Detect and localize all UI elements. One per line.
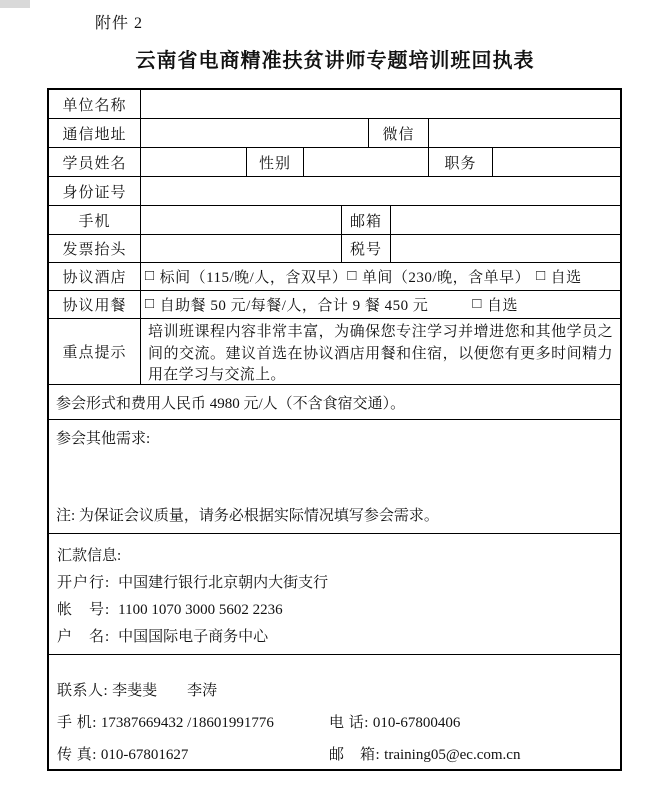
wechat-field[interactable] xyxy=(429,119,620,147)
id-number-label: 身份证号 xyxy=(49,177,141,205)
contact-fax: 传 真:010-67801627 xyxy=(57,739,329,771)
table-row: 协议酒店 □ 标间（115/晚/人，含双早） □ 单间（230/晚，含单早） □… xyxy=(49,263,620,291)
email-field[interactable] xyxy=(391,206,620,234)
meal-self-option: □ 自选 xyxy=(472,294,518,315)
holder-label: 户 名: xyxy=(57,629,110,645)
other-needs-note: 注: 为保证会议质量，请务必根据实际情况填写参会需求。 xyxy=(56,504,613,525)
student-name-label: 学员姓名 xyxy=(49,148,141,176)
payment-info-section: 汇款信息: 开户行:中国建行银行北京朝内大街支行 帐 号:1100 1070 3… xyxy=(49,534,620,654)
contact-phone: 电 话:010-67800406 xyxy=(329,707,612,739)
standard-room-option-text: 标间（115/晚/人，含双早） xyxy=(160,266,348,287)
hotel-self-option: □ 自选 xyxy=(536,266,582,287)
meal-label: 协议用餐 xyxy=(49,291,141,318)
standard-room-checkbox[interactable]: □ xyxy=(145,268,155,285)
bank-label: 开户行: xyxy=(57,575,110,591)
invoice-title-field[interactable] xyxy=(141,235,342,262)
meal-self-option-text: 自选 xyxy=(487,294,518,315)
form-title: 云南省电商精准扶贫讲师专题培训班回执表 xyxy=(0,44,670,73)
single-room-option-text: 单间（230/晚，含单早） xyxy=(362,266,530,287)
hotel-standard-option: □ 标间（115/晚/人，含双早） xyxy=(145,266,347,287)
contact-person-value: 李斐斐 李涛 xyxy=(112,675,217,707)
wechat-label: 微信 xyxy=(369,119,429,147)
payment-info-title: 汇款信息: xyxy=(57,543,612,570)
table-row: 参会形式和费用人民币 4980 元/人（不含食宿交通）。 xyxy=(49,385,620,420)
payment-bank-line: 开户行:中国建行银行北京朝内大街支行 xyxy=(57,570,612,597)
hotel-self-checkbox[interactable]: □ xyxy=(536,268,546,285)
contact-person-line: 联系人:李斐斐 李涛 xyxy=(57,675,612,707)
registration-form-table: 单位名称 通信地址 微信 学员姓名 性别 职务 身份证号 手机 xyxy=(47,88,622,771)
unit-name-label: 单位名称 xyxy=(49,90,141,118)
hotel-single-option: □ 单间（230/晚，含单早） xyxy=(347,266,530,287)
contact-fax-value: 010-67801627 xyxy=(101,747,189,763)
contact-mobile-value: 17387669432 /18601991776 xyxy=(101,715,274,731)
table-row: 单位名称 xyxy=(49,90,620,119)
contact-email-value: training05@ec.com.cn xyxy=(384,747,520,763)
invoice-title-label: 发票抬头 xyxy=(49,235,141,262)
contact-email-label: 邮 箱: xyxy=(329,747,380,763)
key-tips-text: 培训班课程内容非常丰富，为确保您专注学习并增进您和其他学员之间的交流。建议首选在… xyxy=(141,319,620,384)
table-row: 联系人:李斐斐 李涛 手 机:17387669432 /18601991776 … xyxy=(49,655,620,771)
buffet-option: □ 自助餐 50 元/每餐/人，合计 9 餐 450 元 xyxy=(145,294,428,315)
table-row: 发票抬头 税号 xyxy=(49,235,620,263)
single-room-checkbox[interactable]: □ xyxy=(347,268,357,285)
unit-name-field[interactable] xyxy=(141,90,620,118)
bank-value: 中国建行银行北京朝内大街支行 xyxy=(118,575,328,591)
table-row: 手机 邮箱 xyxy=(49,206,620,235)
fee-text: 参会形式和费用人民币 4980 元/人（不含食宿交通）。 xyxy=(49,385,620,419)
buffet-checkbox[interactable]: □ xyxy=(145,296,155,313)
gender-label: 性别 xyxy=(247,148,304,176)
hotel-options: □ 标间（115/晚/人，含双早） □ 单间（230/晚，含单早） □ 自选 xyxy=(141,263,620,290)
table-row: 汇款信息: 开户行:中国建行银行北京朝内大街支行 帐 号:1100 1070 3… xyxy=(49,534,620,655)
table-row: 通信地址 微信 xyxy=(49,119,620,148)
account-label: 帐 号: xyxy=(57,602,110,618)
mobile-field[interactable] xyxy=(141,206,342,234)
contact-person-label: 联系人: xyxy=(57,675,108,707)
table-row: 参会其他需求: 注: 为保证会议质量，请务必根据实际情况填写参会需求。 xyxy=(49,420,620,534)
attachment-label: 附件 2 xyxy=(95,10,143,33)
holder-value: 中国国际电子商务中心 xyxy=(118,629,268,645)
contact-phone-value: 010-67800406 xyxy=(373,715,461,731)
contact-mobile-label: 手 机: xyxy=(57,715,97,731)
meal-self-checkbox[interactable]: □ xyxy=(472,296,482,313)
contact-address-field[interactable] xyxy=(141,119,369,147)
contact-phone-label: 电 话: xyxy=(329,715,369,731)
tax-number-label: 税号 xyxy=(342,235,391,262)
table-row: 协议用餐 □ 自助餐 50 元/每餐/人，合计 9 餐 450 元 □ 自选 xyxy=(49,291,620,319)
table-row: 重点提示 培训班课程内容非常丰富，为确保您专注学习并增进您和其他学员之间的交流。… xyxy=(49,319,620,385)
contact-section: 联系人:李斐斐 李涛 手 机:17387669432 /18601991776 … xyxy=(49,655,620,771)
payment-account-line: 帐 号:1100 1070 3000 5602 2236 xyxy=(57,597,612,624)
scan-artifact xyxy=(0,0,30,8)
table-row: 身份证号 xyxy=(49,177,620,206)
student-name-field[interactable] xyxy=(141,148,247,176)
job-title-field[interactable] xyxy=(493,148,620,176)
contact-fax-label: 传 真: xyxy=(57,747,97,763)
contact-line-3: 传 真:010-67801627 邮 箱:training05@ec.com.c… xyxy=(57,739,612,771)
meal-options: □ 自助餐 50 元/每餐/人，合计 9 餐 450 元 □ 自选 xyxy=(141,291,620,318)
hotel-label: 协议酒店 xyxy=(49,263,141,290)
hotel-self-option-text: 自选 xyxy=(551,266,582,287)
contact-line-2: 手 机:17387669432 /18601991776 电 话:010-678… xyxy=(57,707,612,739)
email-label: 邮箱 xyxy=(342,206,391,234)
mobile-label: 手机 xyxy=(49,206,141,234)
account-value: 1100 1070 3000 5602 2236 xyxy=(118,602,282,618)
table-row: 学员姓名 性别 职务 xyxy=(49,148,620,177)
gender-field[interactable] xyxy=(304,148,429,176)
other-needs-title: 参会其他需求: xyxy=(56,427,613,448)
form-page: 附件 2 云南省电商精准扶贫讲师专题培训班回执表 单位名称 通信地址 微信 学员… xyxy=(0,0,670,800)
job-title-label: 职务 xyxy=(429,148,493,176)
contact-address-label: 通信地址 xyxy=(49,119,141,147)
contact-mobile: 手 机:17387669432 /18601991776 xyxy=(57,707,329,739)
id-number-field[interactable] xyxy=(141,177,620,205)
key-tips-label: 重点提示 xyxy=(49,319,141,384)
tax-number-field[interactable] xyxy=(391,235,620,262)
contact-email: 邮 箱:training05@ec.com.cn xyxy=(329,739,612,771)
buffet-option-text: 自助餐 50 元/每餐/人，合计 9 餐 450 元 xyxy=(160,294,429,315)
other-needs-input[interactable] xyxy=(56,448,613,504)
other-needs-section: 参会其他需求: 注: 为保证会议质量，请务必根据实际情况填写参会需求。 xyxy=(49,420,620,533)
payment-holder-line: 户 名:中国国际电子商务中心 xyxy=(57,624,612,651)
